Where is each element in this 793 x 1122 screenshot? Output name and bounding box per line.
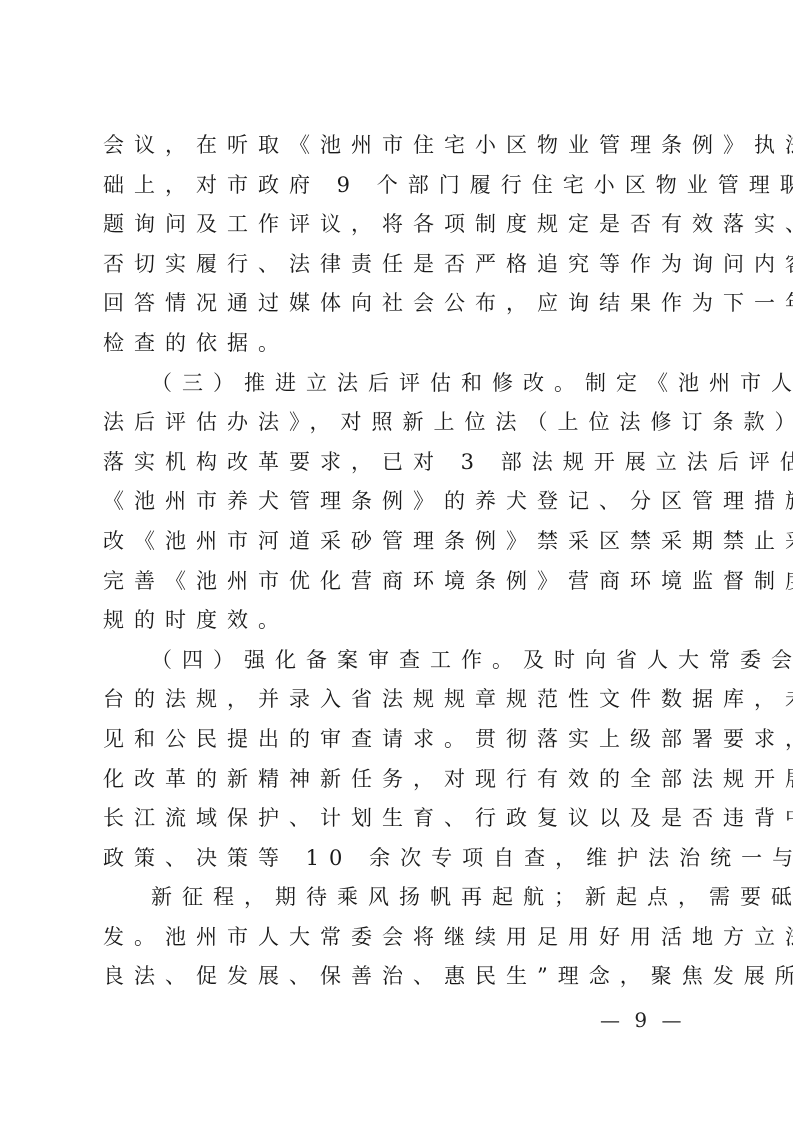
paragraph-inquiry: 会议，在听取《池州市住宅小区物业管理条例》执法检查报告基 础上，对市政府 9 个… [103,126,695,364]
text-line: 规的时度效。 [103,601,695,641]
text-line: 否切实履行、法律责任是否严格追究等作为询问内容，应询部门 [103,245,695,285]
text-segment: 制定《池州市人大常委会立 [585,371,793,395]
text-line: （四）强化备案审查工作。及时向省人大常委会报送备案出 [103,641,695,681]
page-number: — 9 — [600,1008,685,1032]
text-line: 法后评估办法》，对照新上位法（上位法修订条款）和实施效果， [103,403,695,443]
section-heading: （四）强化备案审查工作。 [151,648,523,672]
text-line: 见和公民提出的审查请求。贯彻落实上级部署要求，结合全面深 [103,720,695,760]
text-line: 长江流域保护、计划生育、行政复议以及是否违背中央重大方针 [103,799,695,839]
text-line: 础上，对市政府 9 个部门履行住宅小区物业管理职责情况开展专 [103,166,695,206]
paragraph-filing-review: （四）强化备案审查工作。及时向省人大常委会报送备案出 台的法规，并录入省法规规章… [103,641,695,879]
text-line: 发。池州市人大常委会将继续用足用好用活地方立法权，秉持“立 [103,918,695,958]
section-heading: （三）推进立法后评估和修改。 [151,371,585,395]
text-line: 化改革的新精神新任务，对现行有效的全部法规开展涉及民法典、 [103,760,695,800]
text-line: 台的法规，并录入省法规规章规范性文件数据库，未收到审查意 [103,680,695,720]
text-line: 良法、促发展、保善治、惠民生”理念，聚焦发展所需、基层所 [103,957,695,997]
text-line: 会议，在听取《池州市住宅小区物业管理条例》执法检查报告基 [103,126,695,166]
document-body: 会议，在听取《池州市住宅小区物业管理条例》执法检查报告基 础上，对市政府 9 个… [103,126,695,997]
text-line: 新征程，期待乘风扬帆再起航；新起点，需要砥砺奋进再出 [103,878,695,918]
text-line: 检查的依据。 [103,324,695,364]
text-line: 《池州市养犬管理条例》的养犬登记、分区管理措施等内容，修 [103,482,695,522]
paragraph-closing: 新征程，期待乘风扬帆再起航；新起点，需要砥砺奋进再出 发。池州市人大常委会将继续… [103,878,695,997]
text-line: 回答情况通过媒体向社会公布，应询结果作为下一年度开展跟踪 [103,284,695,324]
text-line: 落实机构改革要求，已对 3 部法规开展立法后评估和修改。调整 [103,443,695,483]
text-line: （三）推进立法后评估和修改。制定《池州市人大常委会立 [103,364,695,404]
text-line: 改《池州市河道采砂管理条例》禁采区禁采期禁止采砂等 21 处， [103,522,695,562]
text-segment: 及时向省人大常委会报送备案出 [523,648,793,672]
text-line: 政策、决策等 10 余次专项自查，维护法治统一与权威。 [103,839,695,879]
paragraph-post-legislation-evaluation: （三）推进立法后评估和修改。制定《池州市人大常委会立 法后评估办法》，对照新上位… [103,364,695,641]
text-line: 题询问及工作评议，将各项制度规定是否有效落实、法定职责是 [103,205,695,245]
text-line: 完善《池州市优化营商环境条例》营商环境监督制度等，增强法 [103,562,695,602]
